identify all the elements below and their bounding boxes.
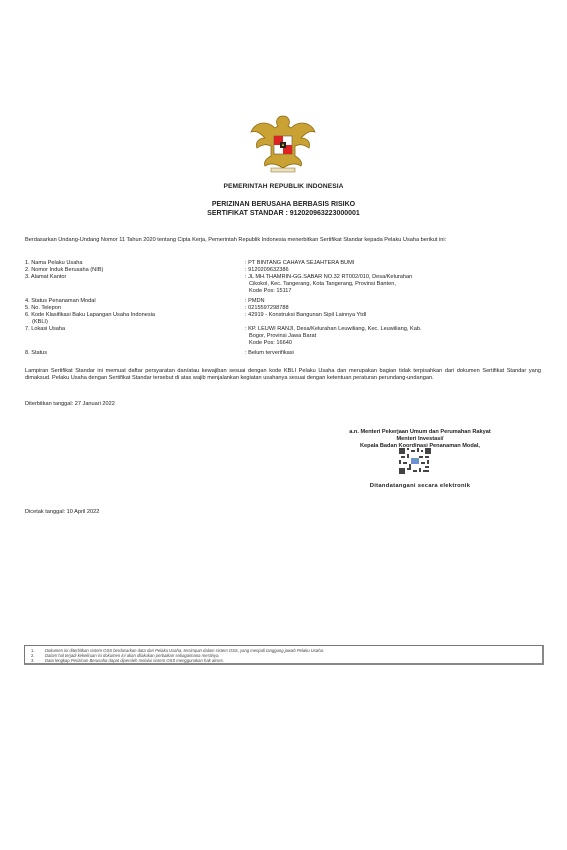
footnote: 3.Data lengkap Perizinan Berusaha dapat … [31, 658, 536, 663]
field-value-line: : PMDN [245, 298, 535, 305]
field-label: 4. Status Penanaman Modal [25, 298, 245, 305]
printed-date: Dicetak tanggal: 10 April 2022 [25, 509, 99, 515]
field-value-line: : 42919 - Konstruksi Bangunan Sipil Lain… [245, 312, 535, 319]
field-value-line: : Belum terverifikasi [245, 350, 535, 357]
document-title: PERIZINAN BERUSAHA BERBASIS RISIKO [0, 201, 567, 208]
signatory-line-1: a.n. Menteri Pekerjaan Umum dan Perumaha… [300, 429, 540, 436]
field-label: 5. No. Telepon [25, 305, 245, 312]
field-value-line: : PT BINTANG CAHAYA SEJAHTERA BUMI [245, 260, 535, 267]
field-label: 7. Lokasi Usaha [25, 326, 245, 347]
signatory-block: a.n. Menteri Pekerjaan Umum dan Perumaha… [300, 429, 540, 450]
field-value: : KP. LEUWI RANJI, Desa/Kelurahan Leuwil… [245, 326, 535, 347]
field-value-line: : JL MH.THAMRIN-GG.SABAR NO.32 RT002/010… [245, 274, 535, 281]
field-label: 1. Nama Pelaku Usaha [25, 260, 245, 267]
field-value-continuation: Bogor, Provinsi Jawa Barat [245, 333, 535, 340]
field-label: 8. Status [25, 350, 245, 357]
field-label: 3. Alamat Kantor [25, 274, 245, 295]
field-value: : 0215597298788 [245, 305, 535, 312]
footnote-number: 3. [31, 658, 45, 663]
field-row: 7. Lokasi Usaha: KP. LEUWI RANJI, Desa/K… [25, 326, 541, 347]
business-details: 1. Nama Pelaku Usaha: PT BINTANG CAHAYA … [25, 260, 541, 357]
field-value-continuation: Kode Pos: 15117 [245, 288, 535, 295]
field-value: : JL MH.THAMRIN-GG.SABAR NO.32 RT002/010… [245, 274, 535, 295]
field-row: 3. Alamat Kantor: JL MH.THAMRIN-GG.SABAR… [25, 274, 541, 295]
field-row: 4. Status Penanaman Modal: PMDN [25, 298, 541, 305]
qr-code-icon[interactable] [399, 448, 431, 474]
garuda-emblem-icon [247, 112, 319, 176]
field-value: : Belum terverifikasi [245, 350, 535, 357]
field-label: 2. Nomor Induk Berusaha (NIB) [25, 267, 245, 274]
field-value-continuation: Cikokol, Kec. Tangerang, Kota Tangerang,… [245, 281, 535, 288]
field-value: : 42919 - Konstruksi Bangunan Sipil Lain… [245, 312, 535, 326]
field-row: 1. Nama Pelaku Usaha: PT BINTANG CAHAYA … [25, 260, 541, 267]
field-label-continuation: (KBLI) [25, 319, 245, 326]
footnote-text: Data lengkap Perizinan Berusaha dapat di… [45, 658, 224, 663]
field-label: 6. Kode Klasifikasi Baku Lapangan Usaha … [25, 312, 245, 326]
footnotes-box: 1.Dokumen ini diterbitkan sistem OSS ber… [24, 645, 544, 665]
electronic-signature-note: Ditandatangani secara elektronik [300, 483, 540, 489]
field-value: : PMDN [245, 298, 535, 305]
appendix-paragraph: Lampiran Sertifikat Standar ini memuat d… [25, 368, 541, 382]
government-heading: PEMERINTAH REPUBLIK INDONESIA [0, 183, 567, 190]
issued-date: Diterbitkan tanggal: 27 Januari 2022 [25, 401, 115, 407]
field-row: 2. Nomor Induk Berusaha (NIB): 912020963… [25, 267, 541, 274]
field-row: 5. No. Telepon: 0215597298788 [25, 305, 541, 312]
field-row: 6. Kode Klasifikasi Baku Lapangan Usaha … [25, 312, 541, 326]
field-value: : 9120209632386 [245, 267, 535, 274]
signatory-line-2: Menteri Investasi/ [300, 436, 540, 443]
field-value: : PT BINTANG CAHAYA SEJAHTERA BUMI [245, 260, 535, 267]
intro-paragraph: Berdasarkan Undang-Undang Nomor 11 Tahun… [25, 237, 541, 244]
field-value-line: : 0215597298788 [245, 305, 535, 312]
field-value-line: : 9120209632386 [245, 267, 535, 274]
field-value-continuation: Kode Pos: 16640 [245, 340, 535, 347]
field-row: 8. Status: Belum terverifikasi [25, 350, 541, 357]
field-value-line: : KP. LEUWI RANJI, Desa/Kelurahan Leuwil… [245, 326, 535, 333]
certificate-number: SERTIFIKAT STANDAR : 912020963223000001 [0, 210, 567, 217]
